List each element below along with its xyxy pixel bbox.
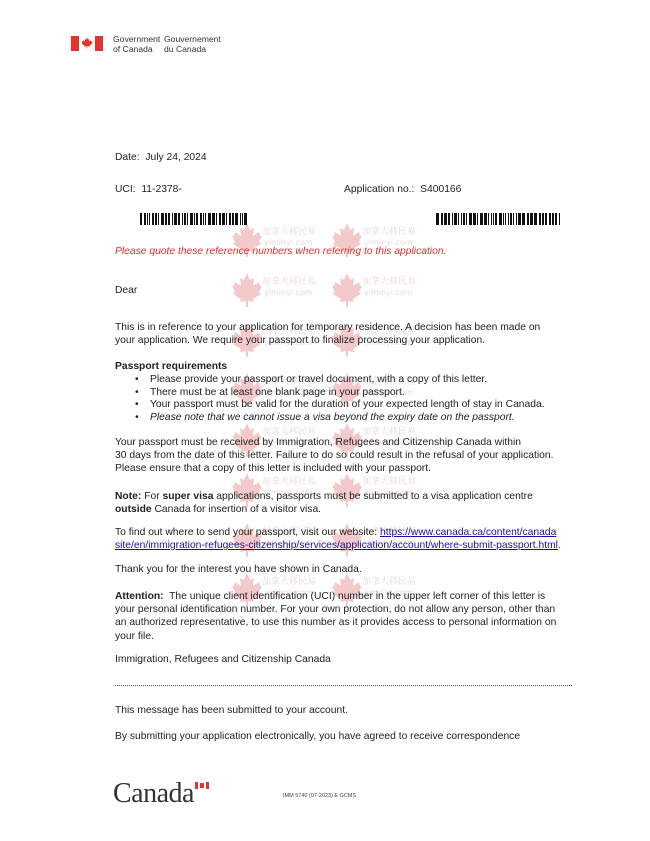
note-text: For: [141, 491, 162, 502]
intro-line: your application. We require your passpo…: [115, 334, 585, 347]
attention-line: your file.: [115, 630, 556, 643]
note-emphasis: super visa: [162, 491, 213, 502]
reference-notice: Please quote these reference numbers whe…: [115, 246, 446, 257]
submit-passport-info: To find out where to send your passport,…: [115, 526, 561, 552]
passport-requirements-list: Please provide your passport or travel d…: [135, 374, 545, 424]
attention-line: your personal identification number. For…: [115, 603, 556, 616]
note-label: Note:: [115, 491, 141, 502]
find-end: .: [558, 540, 561, 551]
requirement-item: There must be at least one blank page in…: [135, 387, 545, 400]
electronic-correspondence-notice: By submitting your application electroni…: [115, 731, 520, 742]
requirement-item: Please note that we cannot issue a visa …: [135, 412, 545, 425]
salutation: Dear: [115, 285, 137, 296]
gov-fr-line1: Gouvernement: [164, 34, 221, 44]
where-submit-passport-link[interactable]: https://www.canada.ca/content/canada: [380, 527, 556, 538]
where-submit-passport-link-continued[interactable]: site/en/immigration-refugees-citizenship…: [115, 540, 558, 551]
date-value: July 24, 2024: [145, 152, 206, 163]
attention-paragraph: Attention: The unique client identificat…: [115, 590, 556, 643]
uci-label: UCI:: [115, 184, 136, 195]
deadline-paragraph: Your passport must be received by Immigr…: [115, 436, 585, 476]
uci-line: UCI: 11-2378-: [115, 184, 182, 195]
deadline-line: Please ensure that a copy of this letter…: [115, 462, 585, 475]
government-of-canada-signature-en: Government of Canada: [113, 34, 160, 54]
note-text: Canada for insertion of a visitor visa.: [152, 504, 321, 515]
intro-line: This is in reference to your application…: [115, 321, 585, 334]
deadline-line: Your passport must be received by Immigr…: [115, 436, 585, 449]
uci-value: 11-2378-: [141, 184, 181, 195]
find-text: To find out where to send your passport,…: [115, 527, 380, 538]
government-of-canada-signature-fr: Gouvernement du Canada: [164, 34, 221, 54]
requirement-item: Please provide your passport or travel d…: [135, 374, 545, 387]
gov-en-line1: Government: [113, 34, 160, 44]
canada-wordmark: Canada: [113, 778, 194, 810]
submitted-notice: This message has been submitted to your …: [115, 705, 348, 716]
deadline-line: 30 days from the date of this letter. Fa…: [115, 449, 585, 462]
watermark-maple-leaf-icon: 加拿大移民易yiminyi.com: [232, 272, 312, 312]
application-number-value: S400166: [420, 184, 461, 195]
passport-requirements-heading: Passport requirements: [115, 361, 227, 372]
note-emphasis: outside: [115, 504, 152, 515]
attention-label: Attention:: [115, 591, 164, 602]
uci-barcode: [140, 213, 249, 225]
date-label: Date:: [115, 152, 140, 163]
application-number-label: Application no.:: [344, 184, 414, 195]
attention-line: The unique client identification (UCI) n…: [164, 591, 546, 602]
canada-flag-icon: [71, 36, 103, 51]
application-number-line: Application no.: S400166: [344, 184, 461, 195]
dotted-divider: [115, 685, 572, 686]
watermark-maple-leaf-icon: 加拿大移民易yiminyi.com: [332, 272, 412, 312]
wordmark-flag-icon: [195, 782, 209, 789]
gov-en-line2: of Canada: [113, 44, 160, 54]
form-number: IMM 5740 (07-2023) E GCMS: [283, 793, 356, 799]
intro-paragraph: This is in reference to your application…: [115, 321, 585, 347]
signature-block: Immigration, Refugees and Citizenship Ca…: [115, 654, 331, 665]
thanks-line: Thank you for the interest you have show…: [115, 564, 362, 575]
letter-date: Date: July 24, 2024: [115, 152, 207, 163]
requirement-item: Your passport must be valid for the dura…: [135, 399, 545, 412]
super-visa-note: Note: For super visa applications, passp…: [115, 490, 585, 516]
attention-line: an authorized representative, to use thi…: [115, 616, 556, 629]
gov-fr-line2: du Canada: [164, 44, 221, 54]
application-barcode: [436, 213, 561, 225]
note-text: applications, passports must be submitte…: [213, 491, 532, 502]
